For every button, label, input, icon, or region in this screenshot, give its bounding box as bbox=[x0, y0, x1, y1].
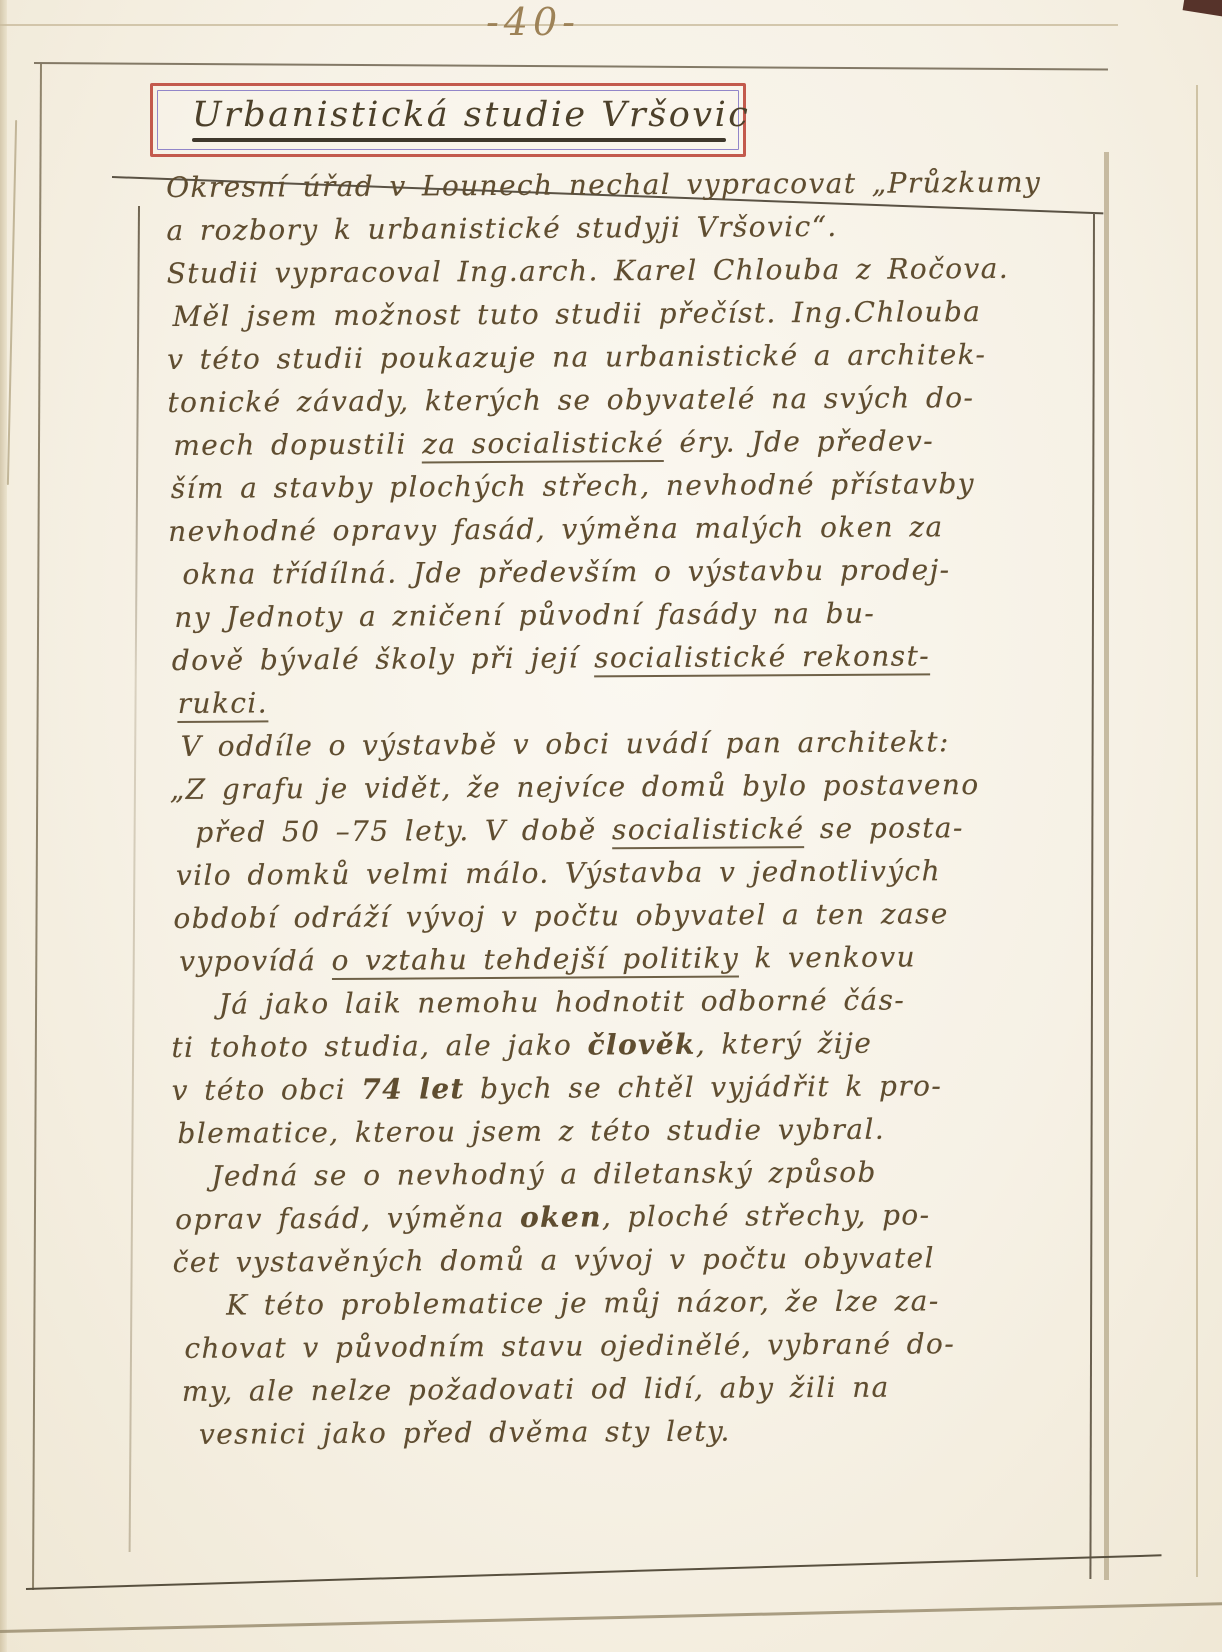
text-segment: ny Jednoty a zničení původní fasády na b… bbox=[174, 597, 875, 634]
handwritten-line: nevhodné opravy fasád, výměna malých oke… bbox=[168, 504, 1100, 553]
handwritten-line: V oddíle o výstavbě v obci uvádí pan arc… bbox=[169, 719, 1101, 768]
text-segment: Já jako laik nemohu hodnotit odborné čás… bbox=[219, 984, 906, 1021]
text-segment: a rozbory k urbanistické studyji Vršovic… bbox=[166, 210, 837, 247]
text-segment: okna třídílná. Jde především o výstavbu … bbox=[182, 553, 950, 591]
handwritten-line: mech dopustili za socialistické éry. Jde… bbox=[168, 418, 1100, 467]
handwritten-line: Já jako laik nemohu hodnotit odborné čás… bbox=[171, 977, 1103, 1026]
handwritten-line: Okresní úřad v Lounech nechal vypracovat… bbox=[166, 160, 1098, 209]
outer-left-rule bbox=[32, 64, 42, 1590]
text-segment: tonické závady, kterých se obyvatelé na … bbox=[167, 381, 974, 419]
text-segment: mech dopustili bbox=[173, 427, 422, 462]
underlined-text-segment: socialistické rekonst- bbox=[594, 639, 930, 677]
handwritten-line: rukci. bbox=[169, 676, 1101, 725]
text-segment: ti tohoto studia, ale jako bbox=[171, 1028, 587, 1064]
handwritten-line: ti tohoto studia, ale jako člověk, který… bbox=[171, 1020, 1103, 1069]
handwritten-line: blematice, kterou jsem z této studie vyb… bbox=[172, 1106, 1104, 1155]
text-segment: člověk bbox=[587, 1028, 695, 1062]
handwritten-line: my, ale nelze požadovati od lidí, aby ži… bbox=[173, 1364, 1105, 1413]
text-segment: oken bbox=[520, 1200, 602, 1233]
outer-bottom-rule bbox=[0, 1602, 1222, 1633]
handwritten-line: chovat v původním stavu ojedinělé, vybra… bbox=[173, 1321, 1105, 1370]
frame-left-rule bbox=[129, 206, 140, 1552]
text-segment: v této studii poukazuje na urbanistické … bbox=[167, 338, 986, 376]
page-title: Urbanistická studie Vršovic bbox=[192, 95, 750, 135]
text-segment: éry. Jde předev- bbox=[664, 424, 934, 459]
scan-edge-left bbox=[0, 0, 7, 1652]
text-segment: my, ale nelze požadovati od lidí, aby ži… bbox=[182, 1371, 890, 1408]
page-number: -40- bbox=[448, 0, 618, 44]
text-segment: v této obci bbox=[172, 1073, 362, 1107]
underlined-text-segment: za socialistické bbox=[422, 426, 664, 463]
text-segment: vesnici jako před dvěma sty lety. bbox=[199, 1415, 731, 1451]
text-segment: před 50 –75 lety. V době bbox=[195, 813, 612, 849]
text-segment: V oddíle o výstavbě v obci uvádí pan arc… bbox=[181, 725, 950, 763]
text-segment: , který žije bbox=[696, 1027, 873, 1061]
handwritten-line: v této studii poukazuje na urbanistické … bbox=[167, 332, 1099, 381]
outer-top-rule bbox=[34, 62, 1108, 71]
scan-edge-right bbox=[1196, 85, 1198, 1577]
title-underline bbox=[192, 138, 726, 142]
text-segment: nevhodné opravy fasád, výměna malých oke… bbox=[168, 510, 944, 548]
corner-scan-mark bbox=[1183, 0, 1222, 18]
handwritten-line: Studii vypracoval Ing.arch. Karel Chloub… bbox=[167, 246, 1099, 295]
handwritten-line: vesnici jako před dvěma sty lety. bbox=[174, 1407, 1106, 1456]
handwritten-line: ny Jednoty a zničení původní fasády na b… bbox=[169, 590, 1101, 639]
handwritten-line: období odráží vývoj v počtu obyvatel a t… bbox=[170, 891, 1102, 940]
text-segment: ším a stavby plochých střech, nevhodné p… bbox=[171, 467, 975, 505]
handwritten-line: v této obci 74 let bych se chtěl vyjádři… bbox=[172, 1063, 1104, 1112]
text-segment: 74 let bbox=[361, 1072, 465, 1106]
handwritten-line: Měl jsem možnost tuto studii přečíst. In… bbox=[167, 289, 1099, 338]
title-box: Urbanistická studie Vršovic bbox=[150, 83, 746, 157]
text-segment: Okresní úřad v Lounech nechal vypracovat… bbox=[166, 166, 1041, 204]
handwritten-line: dově bývalé školy při její socialistické… bbox=[169, 633, 1101, 682]
underlined-text-segment: rukci. bbox=[178, 686, 269, 723]
handwritten-line: K této problematice je můj názor, že lze… bbox=[173, 1278, 1105, 1327]
handwritten-line: čet vystavěných domů a vývoj v počtu oby… bbox=[173, 1235, 1105, 1284]
text-segment: oprav fasád, výměna bbox=[175, 1201, 520, 1236]
handwritten-line: oprav fasád, výměna oken, ploché střechy… bbox=[172, 1192, 1104, 1241]
handwritten-line: tonické závady, kterých se obyvatelé na … bbox=[167, 375, 1099, 424]
frame-bottom-rule bbox=[26, 1554, 1162, 1590]
handwritten-line: „Z grafu je vidět, že nejvíce domů bylo … bbox=[170, 762, 1102, 811]
text-segment: období odráží vývoj v počtu obyvatel a t… bbox=[173, 897, 949, 935]
text-segment: K této problematice je můj názor, že lze… bbox=[226, 1284, 940, 1321]
handwritten-line: vilo domků velmi málo. Výstavba v jednot… bbox=[170, 848, 1102, 897]
text-segment: dově bývalé školy při její bbox=[172, 641, 595, 677]
underlined-text-segment: o vztahu tehdejší politiky bbox=[331, 942, 739, 980]
text-segment: bych se chtěl vyjádřit k pro- bbox=[465, 1069, 943, 1105]
text-segment: k venkovu bbox=[739, 940, 916, 974]
handwritten-line: okna třídílná. Jde především o výstavbu … bbox=[168, 547, 1100, 596]
handwritten-line: před 50 –75 lety. V době socialistické s… bbox=[170, 805, 1102, 854]
text-segment: , ploché střechy, po- bbox=[602, 1198, 931, 1233]
text-segment: se posta- bbox=[804, 811, 963, 845]
text-segment: Jedná se o nevhodný a diletanský způsob bbox=[211, 1156, 877, 1193]
text-segment: vypovídá bbox=[179, 944, 332, 978]
underlined-text-segment: socialistické bbox=[612, 812, 805, 849]
text-segment: vilo domků velmi málo. Výstavba v jednot… bbox=[176, 854, 941, 892]
handwritten-line: vypovídá o vztahu tehdejší politiky k ve… bbox=[171, 934, 1103, 983]
text-segment: blematice, kterou jsem z této studie vyb… bbox=[177, 1113, 885, 1150]
text-segment: čet vystavěných domů a vývoj v počtu oby… bbox=[173, 1241, 935, 1279]
text-segment: „Z grafu je vidět, že nejvíce domů bylo … bbox=[170, 768, 980, 806]
handwritten-line: a rozbory k urbanistické studyji Vršovic… bbox=[166, 203, 1098, 252]
paper-crease-line bbox=[7, 120, 17, 485]
text-segment: chovat v původním stavu ojedinělé, vybra… bbox=[184, 1327, 955, 1365]
text-segment: Měl jsem možnost tuto studii přečíst. In… bbox=[172, 295, 981, 333]
handwritten-line: Jedná se o nevhodný a diletanský způsob bbox=[172, 1149, 1104, 1198]
text-segment: Studii vypracoval Ing.arch. Karel Chloub… bbox=[167, 252, 1010, 290]
title-inner-border: Urbanistická studie Vršovic bbox=[157, 90, 739, 150]
handwritten-line: ším a stavby plochých střech, nevhodné p… bbox=[168, 461, 1100, 510]
scanned-page: -40- Urbanistická studie Vršovic Okresní… bbox=[0, 0, 1222, 1652]
body-text: Okresní úřad v Lounech nechal vypracovat… bbox=[166, 160, 1106, 1456]
